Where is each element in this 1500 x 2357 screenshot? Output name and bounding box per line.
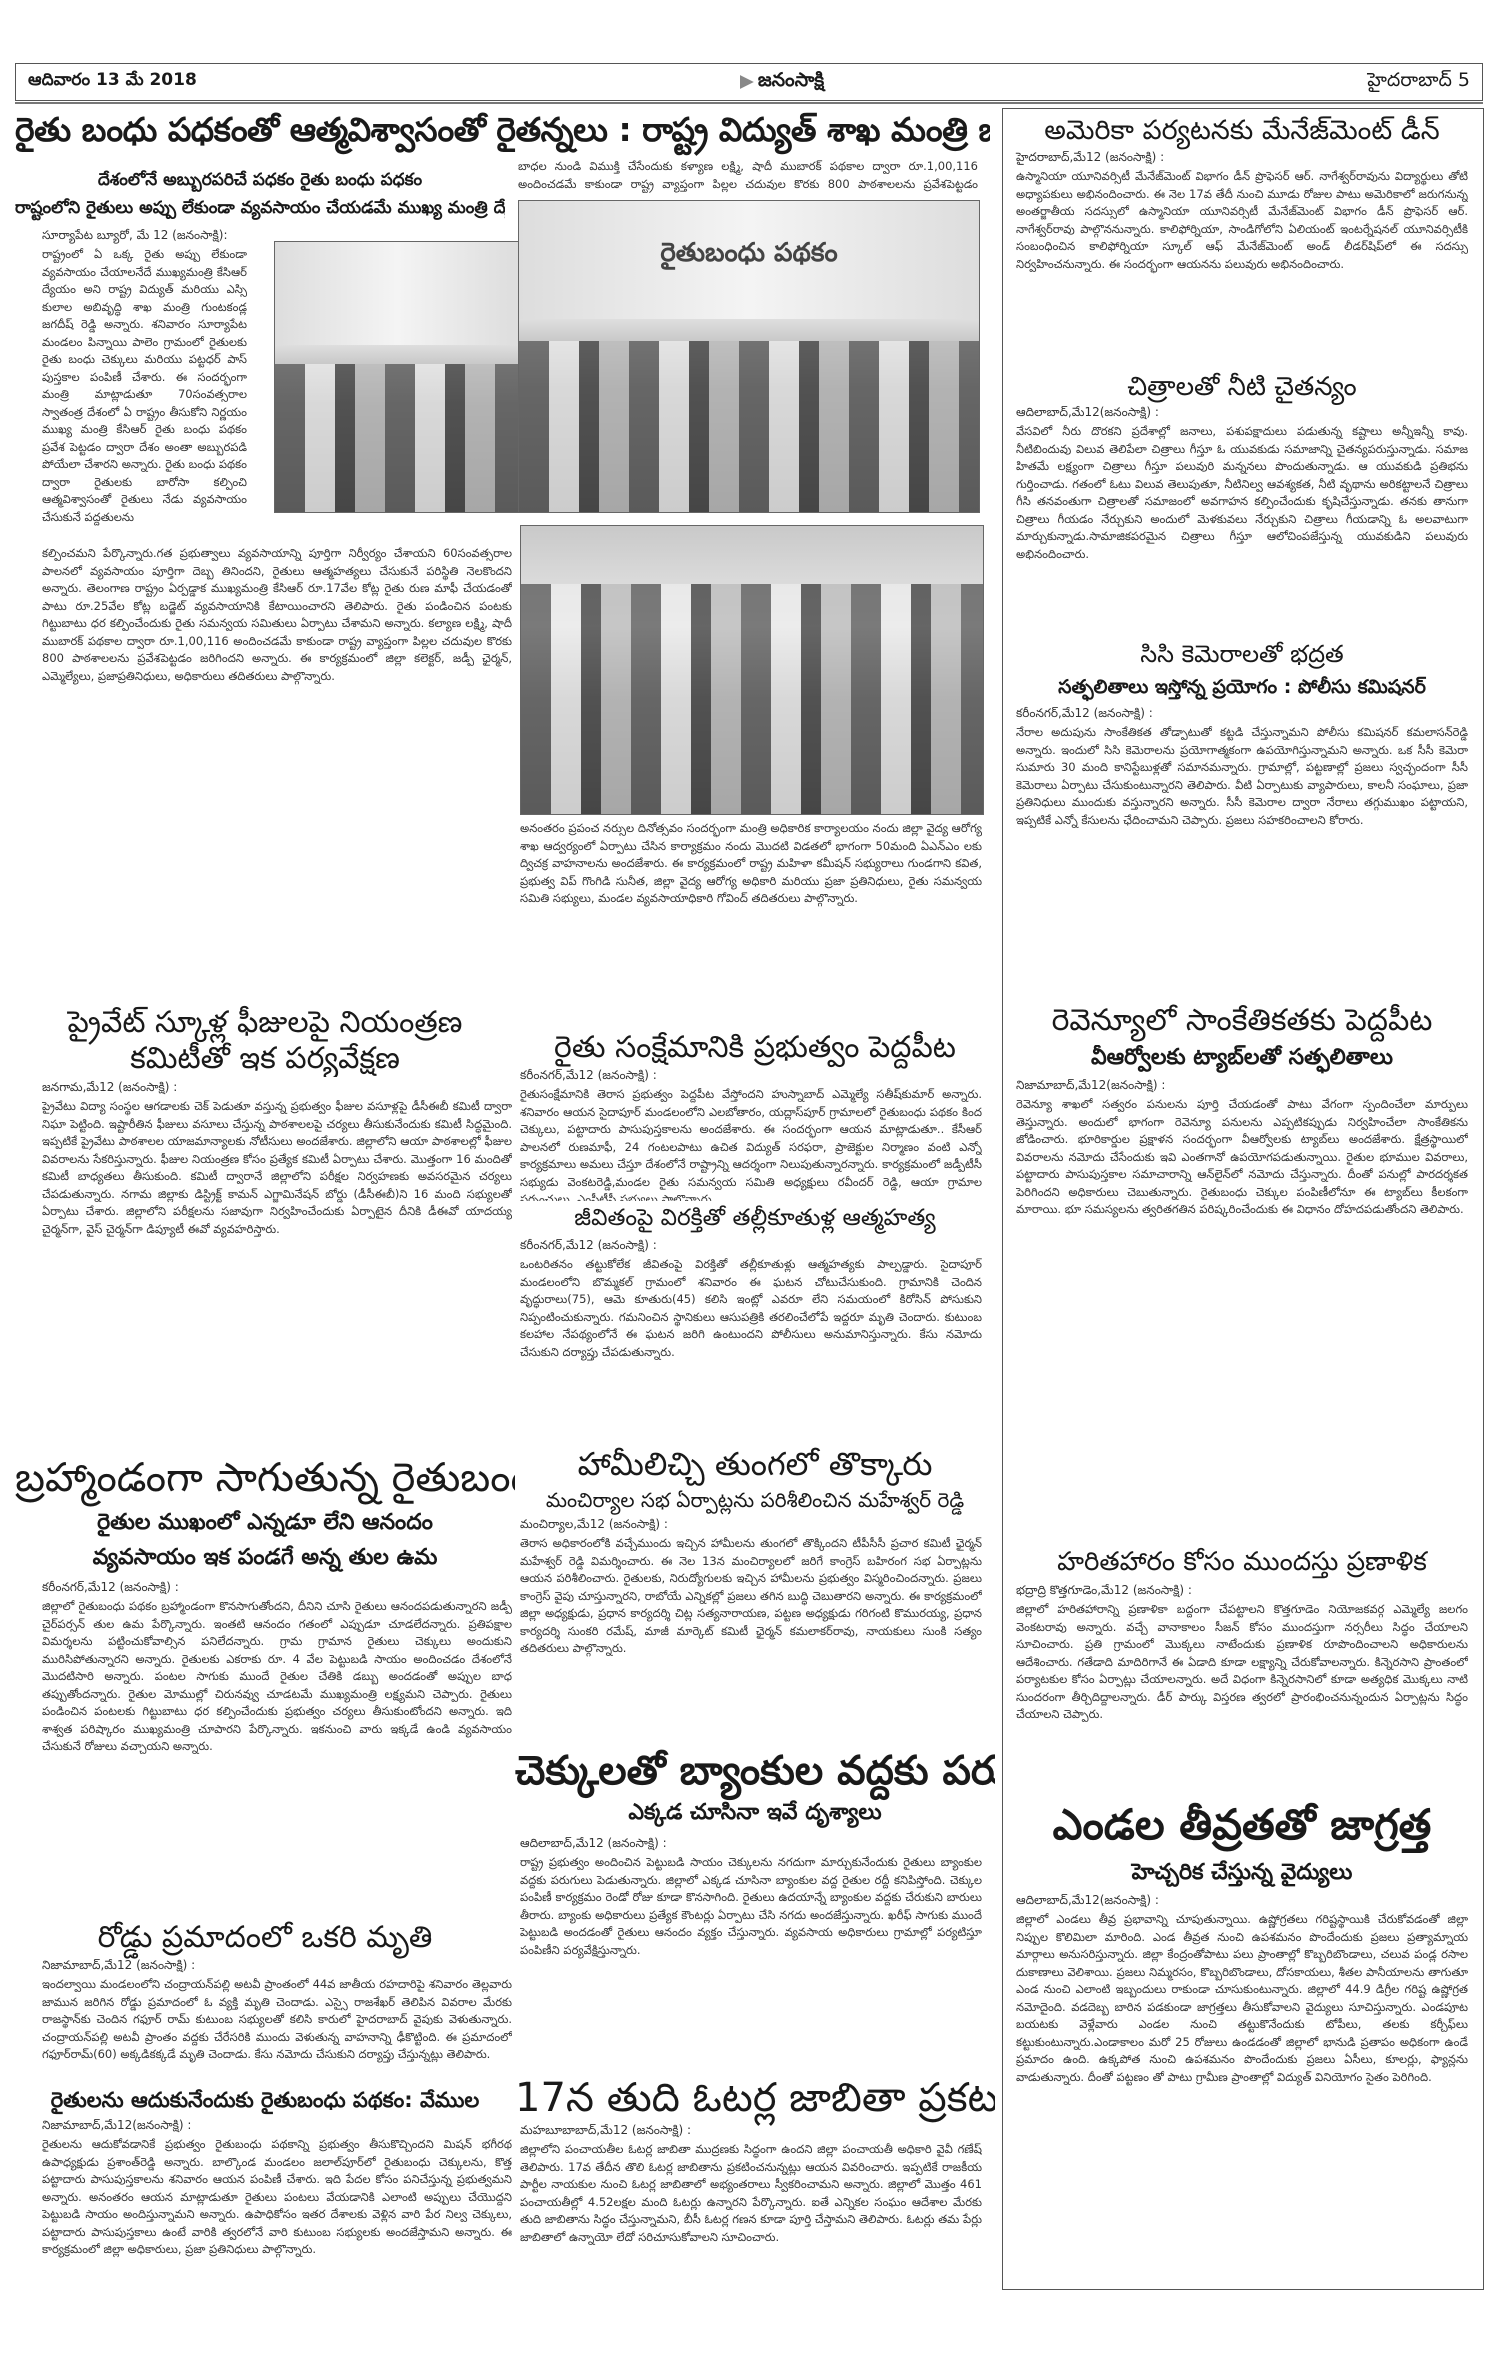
article-private-schools-dateline: జనగామ,మే12 (జనంసాక్షి) : [42,1080,177,1097]
article-haritha-headline: హరితహారం కోసం ముందస్తు ప్రణాళిక [1002,1547,1482,1583]
article-paintings-headline: చిత్రాలతో నీటి చైతన్యం [1002,372,1482,408]
article-haritha-body: జిల్లాలో హరితహారాన్ని ప్రణాళికా బద్దంగా … [1016,1601,1468,1796]
article-revenue-headline: రెవెన్యూలో సాంకేతికతకు పెద్దపీట [1002,1003,1482,1045]
article-rythu-bandhu-body: జిల్లాలో రైతుబంధు పథకం బ్రహ్మాండంగా కొనస… [42,1598,512,1913]
article-rythu-bandhu-sub2: వ్యవసాయం ఇక పండగే అన్న తుల ఉమ [15,1545,515,1575]
article-banks-sub: ఎక్కడ చూసినా ఇవే దృశ్యాలు [515,1800,995,1830]
article-cctv-body: నేరాల అదుపును సాంకేతికత తోడ్పాటుతో కట్టడ… [1016,724,1468,999]
article-dean-body: ఉస్మానియా యూనివర్సిటీ మేనేజ్‌మెంట్ విభాగ… [1016,168,1468,368]
article-heat-sub: హెచ్చరిక చేస్తున్న వైద్యులు [1002,1860,1482,1890]
photo-banner-text: రైతుబంధు పథకం [519,238,979,274]
article-road-accident-headline: రోడ్డు ప్రమాదంలో ఒకరి మృతి [15,1920,515,1962]
logo-text: జనంసాక్షి [758,69,824,96]
article-voters-body: జిల్లాలోని పంచాయతీల ఓటర్ల జాబితా ముద్రణక… [520,2141,982,2281]
article-cctv-headline: సిసి కెమెరాలతో భద్రత [1002,640,1482,674]
article-paintings-dateline: ఆదిలాబాద్,మే12(జనంసాక్షి) : [1016,405,1159,422]
article-promises-dateline: మంచిర్యాల,మే12 (జనంసాక్షి) : [520,1517,668,1534]
article-welfare-headline: రైతు సంక్షేమానికి ప్రభుత్వం పెద్దపీట [515,1030,995,1072]
article-suicide-body: ఒంటరితనం తట్టుకోలేక జీవితంపై విరక్తితో త… [520,1256,982,1436]
lead-subhead-2: రాష్టంలోని రైతులు అప్పు లేకుండా వ్యవసాయం… [15,198,505,222]
article-vemula-headline: రైతులను ఆదుకునేందుకు రైతుబంధు పథకం: వేము… [15,2088,515,2118]
article-promises-headline: హామీలిచ్చి తుంగలో తొక్కారు [515,1445,995,1491]
lead-body-continued: కల్పించమని పేర్కొన్నారు.గత ప్రభుత్వాలు వ… [42,545,512,975]
lead-body-middle: అనంతరం ప్రపంచ నర్సుల దినోత్సవం సందర్భంగా… [520,820,982,1000]
page-label: హైదరాబాద్ 5 [1367,69,1470,96]
article-vemula-body: రైతులను ఆదుకోవడానికే ప్రభుత్వం రైతుబంధు … [42,2136,512,2286]
article-voters-dateline: మహబూబాబాద్,మే12 (జనంసాక్షి) : [520,2123,691,2140]
lead-photo-1 [274,241,520,513]
article-rythu-bandhu-dateline: కరీంనగర్,మే12 (జనంసాక్షి) : [42,1580,179,1597]
article-heat-headline: ఎండల తీవ్రతతో జాగ్రత్త [1002,1800,1482,1860]
article-rythu-bandhu-headline: బ్రహ్మాండంగా సాగుతున్న రైతుబంధు [15,1455,515,1511]
article-revenue-body: రెవెన్యూ శాఖలో సత్వరం పనులను పూర్తి చేయడ… [1016,1096,1468,1541]
article-suicide-dateline: కరీంనగర్,మే12 (జనంసాక్షి) : [520,1238,657,1255]
lead-subhead-1: దేశంలోనే అబ్బురపరిచే పధకం రైతు బంధు పధకం [15,170,505,194]
article-revenue-dateline: నిజామాబాద్,మే12(జనంసాక్షి) : [1016,1078,1165,1095]
lead-body-right-top: బాధల నుండి విముక్తి చేసేందుకు కళ్యాణ లక్… [518,158,978,194]
article-road-accident-body: ఇందల్వాయి మండలంలోని చంద్రాయన్‌పల్లి అటవీ… [42,1976,512,2081]
lead-photo-2: రైతుబంధు పథకం [518,200,980,513]
article-cctv-dateline: కరీంనగర్,మే12 (జనంసాక్షి) : [1016,706,1153,723]
article-promises-body: తెరాస అధికారంలోకి వచ్చేముందు ఇచ్చిన హామీ… [520,1535,982,1740]
lead-photo-3 [520,525,984,815]
article-haritha-dateline: భద్రాద్రి కొత్తగూడెం,మే12 (జనంసాక్షి) : [1016,1583,1192,1600]
logo-map-icon [740,75,754,89]
article-road-accident-dateline: నిజామాబాద్,మే12 (జనంసాక్షి) : [42,1958,195,1975]
article-rythu-bandhu-sub1: రైతుల ముఖంలో ఎన్నడూ లేని ఆనందం [15,1510,515,1540]
article-welfare-body: రైతుసంక్షేమానికి తెరాస ప్రభుత్వం పెద్దపీ… [520,1086,982,1201]
lead-dateline: సూర్యాపేట బ్యూరో, మే 12 (జనంసాక్షి): [42,228,228,245]
article-dean-headline: అమెరికా పర్యటనకు మేనేజ్‌మెంట్ డీన్ [1002,115,1482,153]
lead-body-left: రాష్ట్రంలో ఏ ఒక్క రైతు అప్పు లేకుండా వ్య… [42,246,247,542]
article-cctv-sub: సత్ఫలితాలు ఇస్తోన్న ప్రయోగం : పోలీసు కమి… [1002,676,1482,703]
newspaper-logo: జనంసాక్షి [740,69,824,96]
article-welfare-dateline: కరీంనగర్,మే12 (జనంసాక్షి) : [520,1068,657,1085]
article-heat-dateline: ఆదిలాబాద్,మే12(జనంసాక్షి) : [1016,1893,1159,1910]
lead-headline: రైతు బంధు పధకంతో ఆత్మవిశ్వాసంతో రైతన్నలు… [15,110,990,157]
article-suicide-headline: జీవితంపై విరక్తితో తల్లీకూతుళ్ల ఆత్మహత్య [515,1205,995,1237]
article-private-schools-headline: ప్రైవేట్ స్కూళ్ల ఫీజులపై నియంత్రణ కమిటీత… [15,1005,515,1077]
article-banks-headline: చెక్కులతో బ్యాంకుల వద్దకు పరుగు [515,1748,995,1804]
article-paintings-body: వేసవిలో నీరు దొరకని ప్రదేశాల్లో జనాలు, ప… [1016,423,1468,633]
article-vemula-dateline: నిజామాబాద్,మే12(జనంసాక్షి) : [42,2118,191,2135]
masthead-rule [15,102,1483,104]
masthead: ఆదివారం 13 మే 2018 జనంసాక్షి హైదరాబాద్ 5 [15,63,1483,101]
article-banks-body: రాష్ట్ర ప్రభుత్వం అందించిన పెట్టుబడి సాయ… [520,1854,982,2069]
article-banks-dateline: ఆదిలాబాద్,మే12 (జనంసాక్షి) : [520,1836,667,1853]
article-heat-body: జిల్లాలో ఎండలు తీవ్ర ప్రభావాన్ని చూపుతున… [1016,1911,1468,2281]
article-revenue-sub: వీఆర్వోలకు ట్యాబ్‌లతో సత్ఫలితాలు [1002,1045,1482,1075]
article-promises-sub: మంచిర్యాల సభ ఏర్పాట్లను పరిశీలించిన మహేశ… [515,1488,995,1517]
issue-date: ఆదివారం 13 మే 2018 [28,70,197,94]
article-private-schools-body: ప్రైవేటు విద్యా సంస్థల ఆగడాలకు చెక్ పెడు… [42,1098,512,1448]
article-dean-dateline: హైదరాబాద్,మే12 (జనంసాక్షి) : [1016,150,1164,167]
